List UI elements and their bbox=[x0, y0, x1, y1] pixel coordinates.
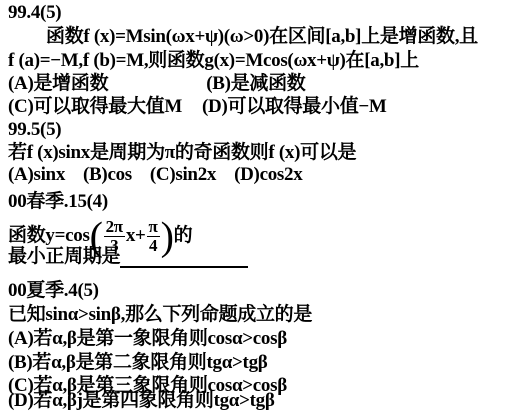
problem-1-header: 99.4(5) bbox=[8, 2, 61, 24]
stem-prefix: 函数y=cos bbox=[8, 225, 90, 246]
option-b: (B)是减函数 bbox=[206, 73, 305, 94]
option-c: (C)sin2x bbox=[150, 164, 216, 185]
option-b: (B)cos bbox=[83, 164, 132, 185]
option-d: (D)cos2x bbox=[234, 164, 302, 185]
problem-3-header: 00春季.15(4) bbox=[8, 191, 108, 213]
problem-4-option-b: (B)若α,β是第二象限角则tgα>tgβ bbox=[8, 352, 268, 374]
problem-2-stem: 若f (x)sinx是周期为π的奇函数则f (x)可以是 bbox=[8, 142, 356, 164]
option-a: (A)是增函数 bbox=[8, 73, 108, 94]
problem-2-header: 99.5(5) bbox=[8, 119, 61, 141]
answer-blank bbox=[120, 248, 248, 268]
problem-1-options-row1: (A)是增函数(B)是减函数 bbox=[8, 73, 306, 95]
stem-suffix: 的 bbox=[174, 225, 193, 246]
option-d: (D)可以取得最小值−M bbox=[202, 96, 387, 117]
problem-1-options-row2: (C)可以取得最大值M(D)可以取得最小值−M bbox=[8, 96, 387, 118]
problem-4-stem: 已知sinα>sinβ,那么下列命题成立的是 bbox=[8, 304, 312, 326]
stem-text: 最小正周期是 bbox=[8, 246, 120, 267]
problem-2-options: (A)sinx(B)cos(C)sin2x(D)cos2x bbox=[8, 164, 302, 186]
problem-1-stem-line1: 函数f (x)=Msin(ωx+ψ)(ω>0)在区间[a,b]上是增函数,且 bbox=[46, 26, 478, 48]
stem-mid: x+ bbox=[126, 225, 146, 246]
problem-4-option-d: (D)若α,βj是第四象限角则tgα>tgβ bbox=[8, 390, 275, 412]
problem-4-option-a: (A)若α,β是第一象限角则cosα>cosβ bbox=[8, 328, 287, 350]
option-a: (A)sinx bbox=[8, 164, 65, 185]
problem-1-stem-line2: f (a)=−M,f (b)=M,则函数g(x)=Mcos(ωx+ψ)在[a,b… bbox=[8, 50, 419, 72]
option-c: (C)可以取得最大值M bbox=[8, 96, 182, 117]
problem-3-stem-line2: 最小正周期是 bbox=[8, 246, 248, 268]
problem-4-header: 00夏季.4(5) bbox=[8, 280, 99, 302]
